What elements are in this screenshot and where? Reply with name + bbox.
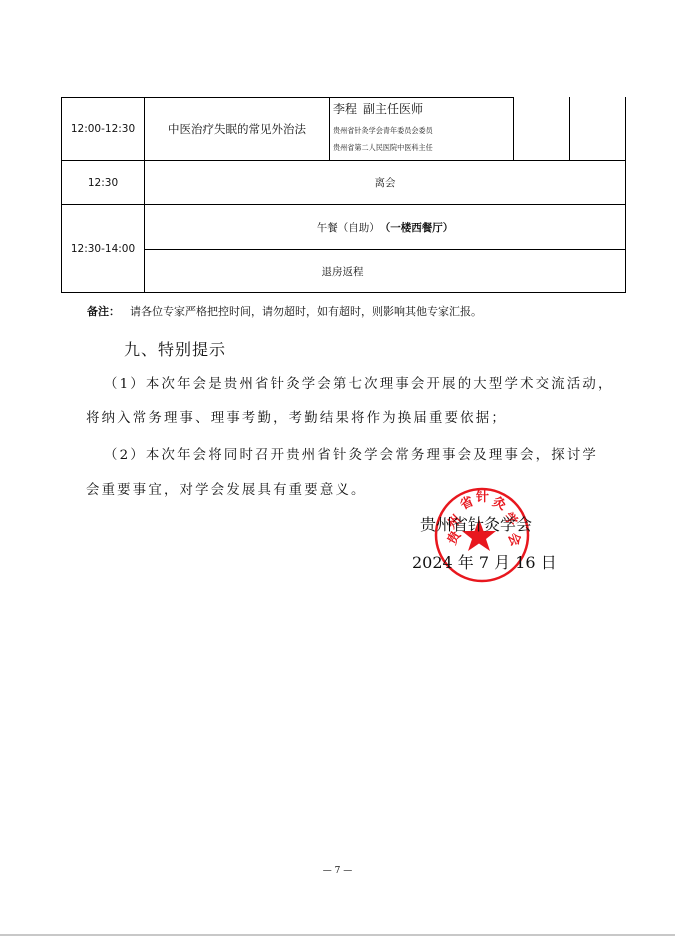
speaker-cell: 李程副主任医师 贵州省针灸学会青年委员会委员 贵州省第二人民医院中医科主任 [333, 99, 511, 153]
paragraph-line: 会重要事宜，对学会发展具有重要意义。 [86, 479, 367, 498]
schedule-table: 12:00-12:30 中医治疗失眠的常见外治法 李程副主任医师 贵州省针灸学会… [0, 0, 675, 300]
signature-date: 2024 年 7 月 16 日 [412, 550, 557, 573]
table-border [329, 97, 330, 161]
paragraph-line: 将纳入常务理事、理事考勤，考勤结果将作为换届重要依据； [86, 407, 507, 426]
event-cell: 午餐（自助）（一楼西餐厅） [145, 205, 625, 249]
topic-cell: 中医治疗失眠的常见外治法 [145, 98, 329, 160]
table-border [61, 292, 626, 293]
event-cell: 离会 [145, 161, 625, 204]
lunch-text: 午餐（自助） [317, 220, 380, 235]
table-border [625, 97, 626, 293]
time-cell: 12:30-14:00 [62, 205, 144, 292]
table-border [569, 97, 570, 161]
time-cell: 12:30 [62, 161, 144, 204]
speaker-name-line: 李程副主任医师 [333, 101, 511, 117]
note-text: 请各位专家严格把控时间，请勿超时，如有超时，则影响其他专家汇报。 [130, 305, 482, 318]
paragraph-line: （1）本次年会是贵州省针灸学会第七次理事会开展的大型学术交流活动， [104, 373, 614, 392]
speaker-title: 副主任医师 [363, 102, 423, 116]
section-title: 九、特别提示 [124, 337, 226, 360]
note: 备注：请各位专家严格把控时间，请勿超时，如有超时，则影响其他专家汇报。 [87, 303, 482, 319]
page-number: — 7 — [0, 866, 675, 876]
speaker-affiliation: 贵州省针灸学会青年委员会委员 [333, 126, 502, 136]
speaker-affiliation: 贵州省第二人民医院中医科主任 [333, 143, 502, 153]
table-border [513, 97, 514, 161]
svg-text:针: 针 [475, 489, 489, 505]
signature-organization: 贵州省针灸学会 [420, 512, 532, 535]
paragraph-line: （2）本次年会将同时召开贵州省针灸学会常务理事会及理事会，探讨学 [104, 444, 598, 463]
time-cell: 12:00-12:30 [62, 98, 144, 160]
event-cell: 退房返程 [145, 250, 540, 292]
note-label: 备注： [87, 305, 120, 318]
speaker-name: 李程 [333, 102, 357, 116]
svg-text:省: 省 [458, 493, 477, 513]
lunch-location: （一楼西餐厅） [380, 220, 454, 235]
